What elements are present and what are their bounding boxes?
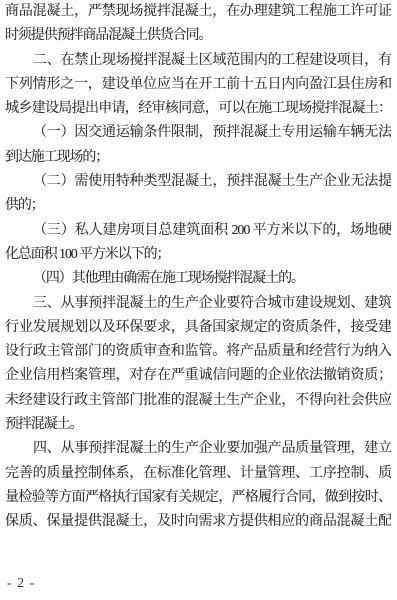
text-line: 设行政主管部门的资质审查和监管。将产品质量和经营行为纳入: [5, 340, 391, 364]
text-line: 企业信用档案管理，对存在严重诚信问题的企业依法撤销资质；: [5, 364, 391, 388]
text-line: （四）其他理由确需在施工现场搅拌混凝土的。: [5, 267, 391, 291]
text-line: 量检验等方面严格执行国家有关规定，严格履行合同，做到按时、: [5, 486, 391, 510]
text-line: 化总面积 100 平方米以下的；: [5, 243, 391, 267]
page-number: - 2 -: [7, 576, 35, 592]
text-line: 时须提供预拌商品混凝土供货合同。: [5, 24, 391, 48]
text-line: 未经建设行政主管部门批准的混凝土生产企业，不得向社会供应: [5, 389, 391, 413]
text-line: 预拌混凝土。: [5, 413, 391, 437]
text-line: 四、从事预拌混凝土的生产企业要加强产品质量管理，建立: [5, 437, 391, 461]
text-line: 三、从事预拌混凝土的生产企业要符合城市建设规划、建筑: [5, 292, 391, 316]
text-line: （一）因交通运输条件限制，预拌混凝土专用运输车辆无法: [5, 121, 391, 145]
text-line: （三）私人建房项目总建筑面积 200 平方米以下的，场地硬: [5, 219, 391, 243]
text-line: 完善的质量控制体系，在标准化管理、计量管理、工序控制、质: [5, 462, 391, 486]
text-line: 下列情形之一，建设单位应当在开工前十五日内向盈江县住房和: [5, 73, 391, 97]
text-line: 商品混凝土，严禁现场搅拌混凝土，在办理建筑工程施工许可证: [5, 0, 391, 24]
document-page: 商品混凝土，严禁现场搅拌混凝土，在办理建筑工程施工许可证 时须提供预拌商品混凝土…: [0, 0, 397, 600]
text-line: 到达施工现场的；: [5, 146, 391, 170]
text-line: 城乡建设局提出申请，经审核同意，可以在施工现场搅拌混凝土：: [5, 97, 391, 121]
text-line: 行业发展规划以及环保要求，具备国家规定的资质条件，接受建: [5, 316, 391, 340]
text-line: （二）需使用特种类型混凝土，预拌混凝土生产企业无法提: [5, 170, 391, 194]
text-line: 供的；: [5, 194, 391, 218]
document-body: 商品混凝土，严禁现场搅拌混凝土，在办理建筑工程施工许可证 时须提供预拌商品混凝土…: [5, 0, 391, 535]
text-line: 保质、保量提供混凝土，及时向需求方提供相应的商品混凝土配: [5, 510, 391, 534]
text-line: 二、在禁止现场搅拌混凝土区域范围内的工程建设项目，有: [5, 49, 391, 73]
